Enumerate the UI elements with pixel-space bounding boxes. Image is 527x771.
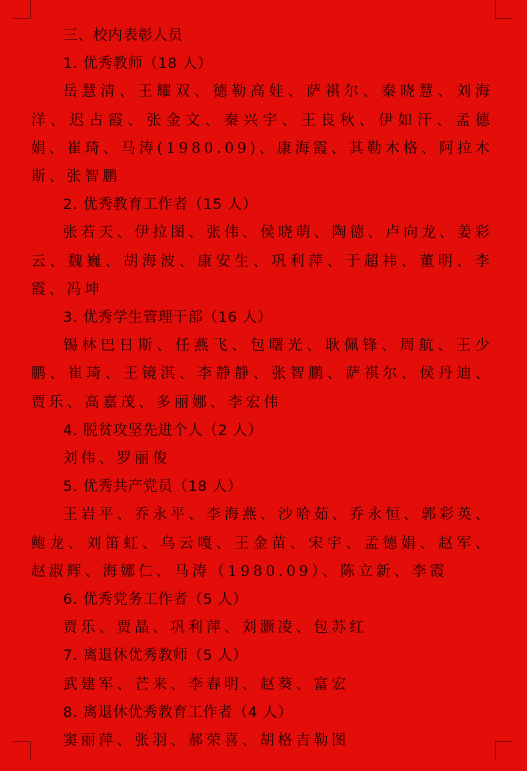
document-page: 三、校内表彰人员 1. 优秀教师（18 人） 岳慧清、王耀双、德勒高娃、萨祺尔、…: [31, 22, 493, 755]
category-names: 岳慧清、王耀双、德勒高娃、萨祺尔、秦晓慧、刘海洋、迟占霞、张金文、秦兴宇、王良秋…: [31, 78, 493, 191]
page-corner-mark-bottom-left: [13, 741, 31, 760]
category-names: 武建军、芒来、李春明、赵葵、富宏: [31, 671, 493, 699]
category-party-affairs-workers: 6. 优秀党务工作者（5 人） 贾乐、贾晶、巩利萍、刘灏凌、包苏红: [31, 586, 493, 642]
category-outstanding-education-workers: 2. 优秀教育工作者（15 人） 张若天、伊拉图、张伟、侯晓萌、陶德、卢向龙、姜…: [31, 191, 493, 304]
page-corner-mark-top-left: [13, 0, 31, 19]
category-names: 张若天、伊拉图、张伟、侯晓萌、陶德、卢向龙、姜彩云、魏巍、胡海波、康安生、巩利萍…: [31, 219, 493, 304]
page-corner-mark-top-right: [495, 0, 513, 19]
category-heading: 7. 离退休优秀教师（5 人）: [31, 642, 493, 670]
category-heading: 4. 脱贫攻坚先进个人（2 人）: [31, 417, 493, 445]
category-outstanding-teachers: 1. 优秀教师（18 人） 岳慧清、王耀双、德勒高娃、萨祺尔、秦晓慧、刘海洋、迟…: [31, 50, 493, 191]
category-retired-teachers: 7. 离退休优秀教师（5 人） 武建军、芒来、李春明、赵葵、富宏: [31, 642, 493, 698]
category-names: 贾乐、贾晶、巩利萍、刘灏凌、包苏红: [31, 614, 493, 642]
category-heading: 5. 优秀共产党员（18 人）: [31, 473, 493, 501]
category-names: 王岩平、乔永平、李海燕、沙哈茹、乔永恒、郭彩英、鲍龙、刘笛虹、乌云嘎、王金苗、宋…: [31, 501, 493, 586]
category-names: 锡林巴日斯、任燕飞、包曙光、耿佩锋、周航、王少鹏、崔琦、王镜淇、李静静、张智鹏、…: [31, 332, 493, 417]
category-heading: 8. 离退休优秀教育工作者（4 人）: [31, 699, 493, 727]
category-heading: 6. 优秀党务工作者（5 人）: [31, 586, 493, 614]
page-corner-mark-bottom-right: [495, 741, 513, 760]
category-names: 窦丽萍、张羽、郝荣喜、胡格吉勒图: [31, 727, 493, 755]
category-heading: 3. 优秀学生管理干部（16 人）: [31, 304, 493, 332]
category-poverty-alleviation: 4. 脱贫攻坚先进个人（2 人） 刘伟、罗丽俊: [31, 417, 493, 473]
category-student-management-cadres: 3. 优秀学生管理干部（16 人） 锡林巴日斯、任燕飞、包曙光、耿佩锋、周航、王…: [31, 304, 493, 417]
category-retired-education-workers: 8. 离退休优秀教育工作者（4 人） 窦丽萍、张羽、郝荣喜、胡格吉勒图: [31, 699, 493, 755]
category-outstanding-party-members: 5. 优秀共产党员（18 人） 王岩平、乔永平、李海燕、沙哈茹、乔永恒、郭彩英、…: [31, 473, 493, 586]
category-names: 刘伟、罗丽俊: [31, 445, 493, 473]
section-title: 三、校内表彰人员: [31, 22, 493, 50]
category-heading: 2. 优秀教育工作者（15 人）: [31, 191, 493, 219]
category-heading: 1. 优秀教师（18 人）: [31, 50, 493, 78]
